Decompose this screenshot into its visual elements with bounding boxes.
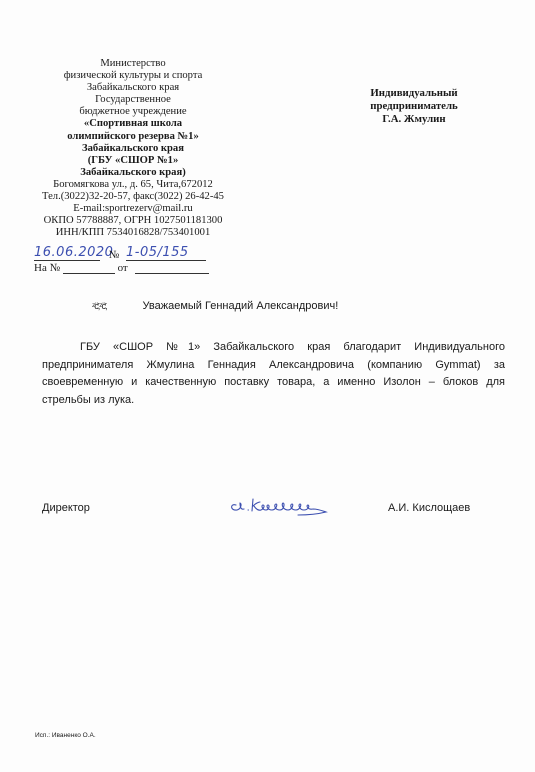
letterhead-phone: Тел.(3022)32-20-57, факс(3022) 26-42-45 [22,191,244,203]
letterhead-address: Богомягкова ул., д. 65, Чита,672012 [22,179,244,191]
reply-date-label: от [118,262,128,274]
sender-letterhead: Министерство физической культуры и спорт… [22,58,244,239]
letterhead-line: Забайкальского края [22,82,244,94]
letterhead-line: Забайкальского края [22,143,244,155]
letterhead-line: олимпийского резерва №1» [22,131,244,143]
handwritten-signature-icon [228,493,338,517]
letterhead-inn: ИНН/КПП 7534016828/753401001 [22,227,244,239]
letterhead-okpo: ОКПО 57788887, ОГРН 1027501181300 [22,215,244,227]
outgoing-registration: 16.06.2020 № 1-05/155 [34,245,206,261]
reply-number-label: На № [34,262,60,274]
outgoing-number: 1-05/155 [126,245,206,261]
reply-date-blank [135,262,209,274]
number-label: № [109,249,120,261]
letterhead-email: E-mail:sportrezerv@mail.ru [22,203,244,215]
addressee-line: предприниматель [352,100,476,113]
stamp-marks: ᶻƈ̈,ᶻƈ̈, [92,301,106,311]
outgoing-date: 16.06.2020 [34,245,100,261]
letter-body: ГБУ «СШОР №1» Забайкальского края благод… [42,339,505,409]
signatory-name: А.И. Кислощаев [388,502,470,514]
letterhead-line: Государственное [22,94,244,106]
addressee-name: Г.А. Жмулин [352,113,476,126]
letterhead-line: «Спортивная школа [22,118,244,130]
letterhead-line: Министерство [22,58,244,70]
letterhead-line: Забайкальского края) [22,167,244,179]
letterhead-line: физической культуры и спорта [22,70,244,82]
reply-registration: На № от [34,262,209,274]
letterhead-line: бюджетное учреждение [22,106,244,118]
letterhead-line: (ГБУ «СШОР №1» [22,155,244,167]
addressee-line: Индивидуальный [352,87,476,100]
reply-number-blank [63,262,115,274]
salutation: ᶻƈ̈,ᶻƈ̈, Уважаемый Геннадий Александрови… [92,300,338,312]
signatory-title: Директор [42,502,90,514]
addressee-block: Индивидуальный предприниматель Г.А. Жмул… [352,87,476,126]
salutation-text: Уважаемый Геннадий Александрович! [143,300,339,312]
executor-note: Исп.: Иваненко О.А. [35,732,96,739]
